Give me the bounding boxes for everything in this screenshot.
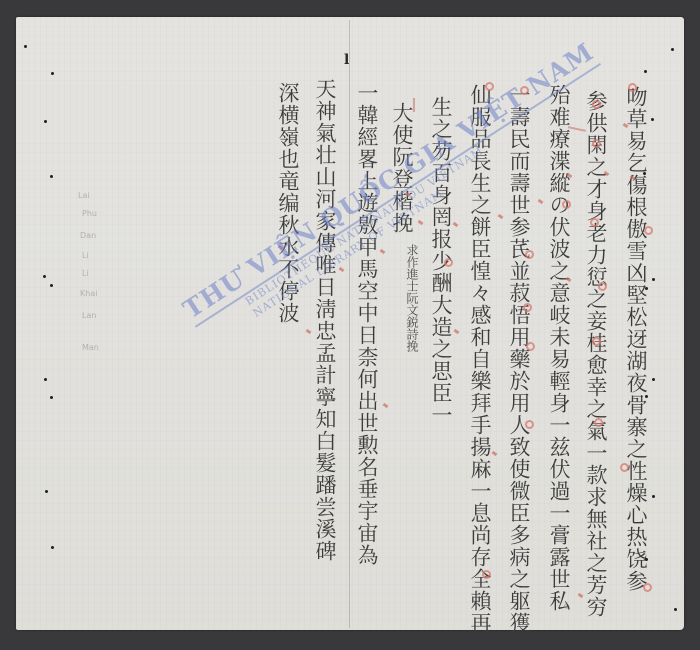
binding-hole — [50, 284, 53, 287]
binding-hole — [674, 608, 677, 611]
binding-hole — [645, 395, 648, 398]
red-punctuation-circle — [643, 583, 652, 592]
binding-hole — [652, 378, 655, 381]
red-punctuation-circle — [620, 463, 629, 472]
red-punctuation-circle — [594, 418, 603, 427]
text-column-r1: 吻草易乞傷根傲雪凶堅松迓湖夜骨寨之性燥心热饶参 — [624, 86, 648, 592]
red-punctuation-circle — [482, 570, 491, 579]
red-punctuation-circle — [592, 337, 601, 346]
center-fold-line — [349, 20, 350, 628]
text-column-l1: 一韓經畧上遊敫甲馬空中日柰何出世勲名垂宇宙為 — [355, 82, 379, 566]
text-column-r4: 一壽民而壽世参芪並菽悟用藥於用人致使微臣多病之躯獲 — [507, 84, 531, 634]
binding-hole — [643, 172, 646, 175]
binding-hole — [50, 396, 53, 399]
red-punctuation-circle — [592, 100, 601, 109]
text-column-l2: 天神氣壮山河家傳唯日淸忠孟計寧知白髮蹯尝溪碑 — [313, 78, 337, 562]
pencil-note: Lan — [82, 308, 112, 324]
binding-hole — [43, 275, 46, 278]
pencil-note: Khai — [80, 286, 110, 302]
manuscript-scan: l 吻草易乞傷根傲雪凶堅松迓湖夜骨寨之性燥心热饶参 参供閑之才身老力愆之妾桂愈幸… — [0, 0, 700, 650]
fold-mark: l — [344, 52, 352, 68]
red-punctuation-circle — [520, 86, 529, 95]
red-punctuation-circle — [525, 250, 534, 259]
binding-hole — [50, 175, 53, 178]
binding-hole — [671, 48, 674, 51]
red-punctuation-circle — [562, 200, 571, 209]
text-column-r2: 参供閑之才身老力愆之妾桂愈幸之氣一款求無社之芳穷 — [584, 90, 608, 618]
red-punctuation-circle — [644, 226, 653, 235]
binding-hole — [51, 546, 54, 549]
red-punctuation-circle — [590, 218, 599, 227]
red-punctuation-circle — [444, 258, 453, 267]
red-punctuation-circle — [523, 303, 532, 312]
red-punctuation-circle — [526, 342, 535, 351]
text-column-r5: 仙服品長生之餅臣惶々感和自樂拜手揚麻一息尚存全賴再 — [468, 84, 492, 634]
red-punctuation-circle — [485, 82, 494, 91]
red-punctuation-circle — [628, 83, 637, 92]
binding-hole — [45, 490, 48, 493]
text-column-r7: 大使阮登楷挽 — [390, 102, 414, 234]
binding-hole — [44, 120, 47, 123]
binding-hole — [645, 558, 648, 561]
binding-hole — [652, 495, 655, 498]
binding-hole — [651, 118, 654, 121]
binding-hole — [644, 70, 647, 73]
pencil-note: Li — [82, 266, 112, 282]
text-column-r3: 殆难療渫縱の伏波之意岐未易輕身一兹伏過一膏露世私 — [547, 84, 571, 612]
binding-hole — [51, 72, 54, 75]
binding-hole — [645, 287, 648, 290]
pencil-note: Dan — [80, 228, 110, 244]
pencil-note: Phu — [82, 206, 112, 222]
pencil-note: Man — [82, 340, 112, 356]
text-column-l3: 深横嶺也竜编秋水不停波 — [276, 82, 300, 324]
red-punctuation-circle — [525, 420, 534, 429]
red-punctuation-circle — [598, 282, 607, 291]
red-punctuation-circle — [592, 139, 601, 148]
red-proper-name-mark — [413, 98, 415, 112]
binding-hole — [44, 378, 47, 381]
binding-hole — [652, 278, 655, 281]
binding-hole — [24, 45, 27, 48]
pencil-note: Li — [82, 248, 112, 264]
pencil-note: Lai — [78, 188, 108, 204]
text-column-r8-annotation: 求作進士阮文鋭詩挽 — [405, 244, 419, 352]
page-number: 4 — [563, 602, 569, 612]
